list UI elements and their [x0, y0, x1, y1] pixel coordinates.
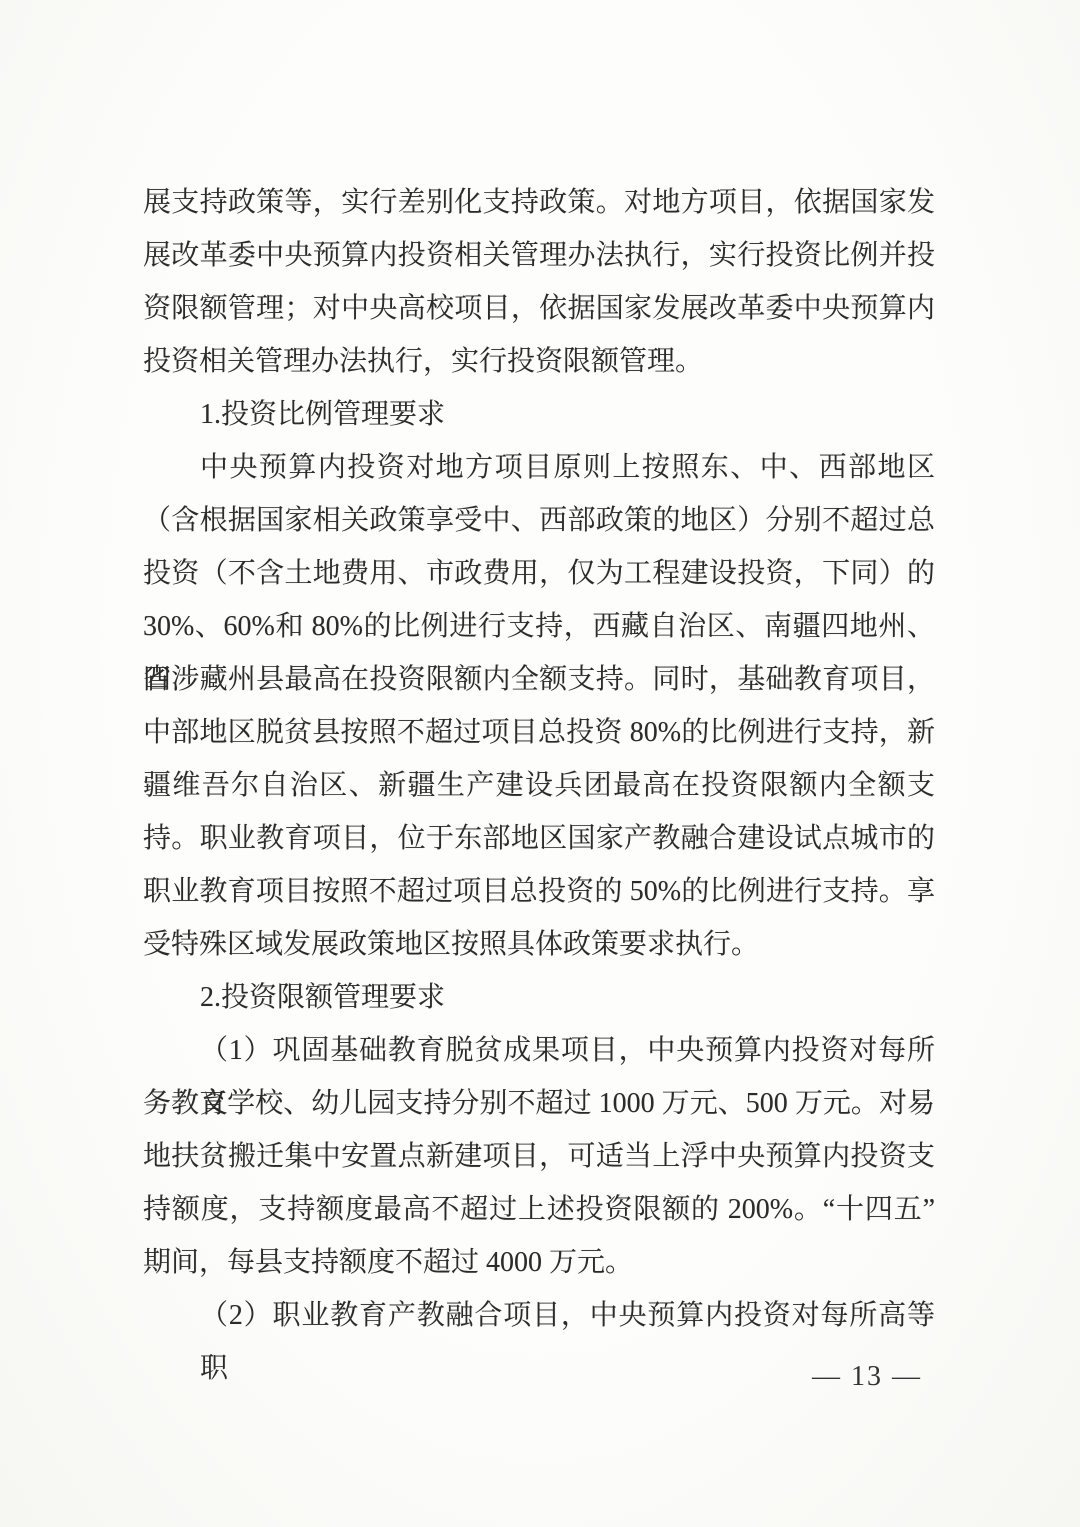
text-line: 务教育学校、幼儿园支持分别不超过 1000 万元、500 万元。对易	[143, 1077, 935, 1130]
text-line: 中部地区脱贫县按照不超过项目总投资 80%的比例进行支持，新	[143, 706, 935, 759]
text-line: 疆维吾尔自治区、新疆生产建设兵团最高在投资限额内全额支	[143, 759, 935, 812]
text-line: 投资（不含土地费用、市政费用，仅为工程建设投资，下同）的	[143, 547, 935, 600]
document-page: 展支持政策等，实行差别化支持政策。对地方项目，依据国家发 展改革委中央预算内投资…	[0, 0, 1080, 1527]
text-line: 地扶贫搬迁集中安置点新建项目，可适当上浮中央预算内投资支	[143, 1130, 935, 1183]
text-line: （1）巩固基础教育脱贫成果项目，中央预算内投资对每所义	[143, 1024, 935, 1077]
document-body: 展支持政策等，实行差别化支持政策。对地方项目，依据国家发 展改革委中央预算内投资…	[143, 176, 935, 1342]
section-heading: 2.投资限额管理要求	[143, 971, 935, 1024]
text-line: 展改革委中央预算内投资相关管理办法执行，实行投资比例并投	[143, 229, 935, 282]
text-line: 期间，每县支持额度不超过 4000 万元。	[143, 1236, 935, 1289]
section-heading: 1.投资比例管理要求	[143, 388, 935, 441]
text-line: 持额度，支持额度最高不超过上述投资限额的 200%。“十四五”	[143, 1183, 935, 1236]
text-line: 中央预算内投资对地方项目原则上按照东、中、西部地区	[143, 441, 935, 494]
text-line: （含根据国家相关政策享受中、西部政策的地区）分别不超过总	[143, 494, 935, 547]
text-line: 持。职业教育项目，位于东部地区国家产教融合建设试点城市的	[143, 812, 935, 865]
text-line: 职业教育项目按照不超过项目总投资的 50%的比例进行支持。享	[143, 865, 935, 918]
text-line: 资限额管理；对中央高校项目，依据国家发展改革委中央预算内	[143, 282, 935, 335]
text-line: 投资相关管理办法执行，实行投资限额管理。	[143, 335, 935, 388]
text-line: 展支持政策等，实行差别化支持政策。对地方项目，依据国家发	[143, 176, 935, 229]
text-line: 省涉藏州县最高在投资限额内全额支持。同时，基础教育项目，	[143, 653, 935, 706]
text-line: （2）职业教育产教融合项目，中央预算内投资对每所高等职	[143, 1289, 935, 1342]
text-line: 受特殊区域发展政策地区按照具体政策要求执行。	[143, 918, 935, 971]
page-number: — 13 —	[812, 1356, 922, 1398]
text-line: 30%、60%和 80%的比例进行支持，西藏自治区、南疆四地州、四	[143, 600, 935, 653]
